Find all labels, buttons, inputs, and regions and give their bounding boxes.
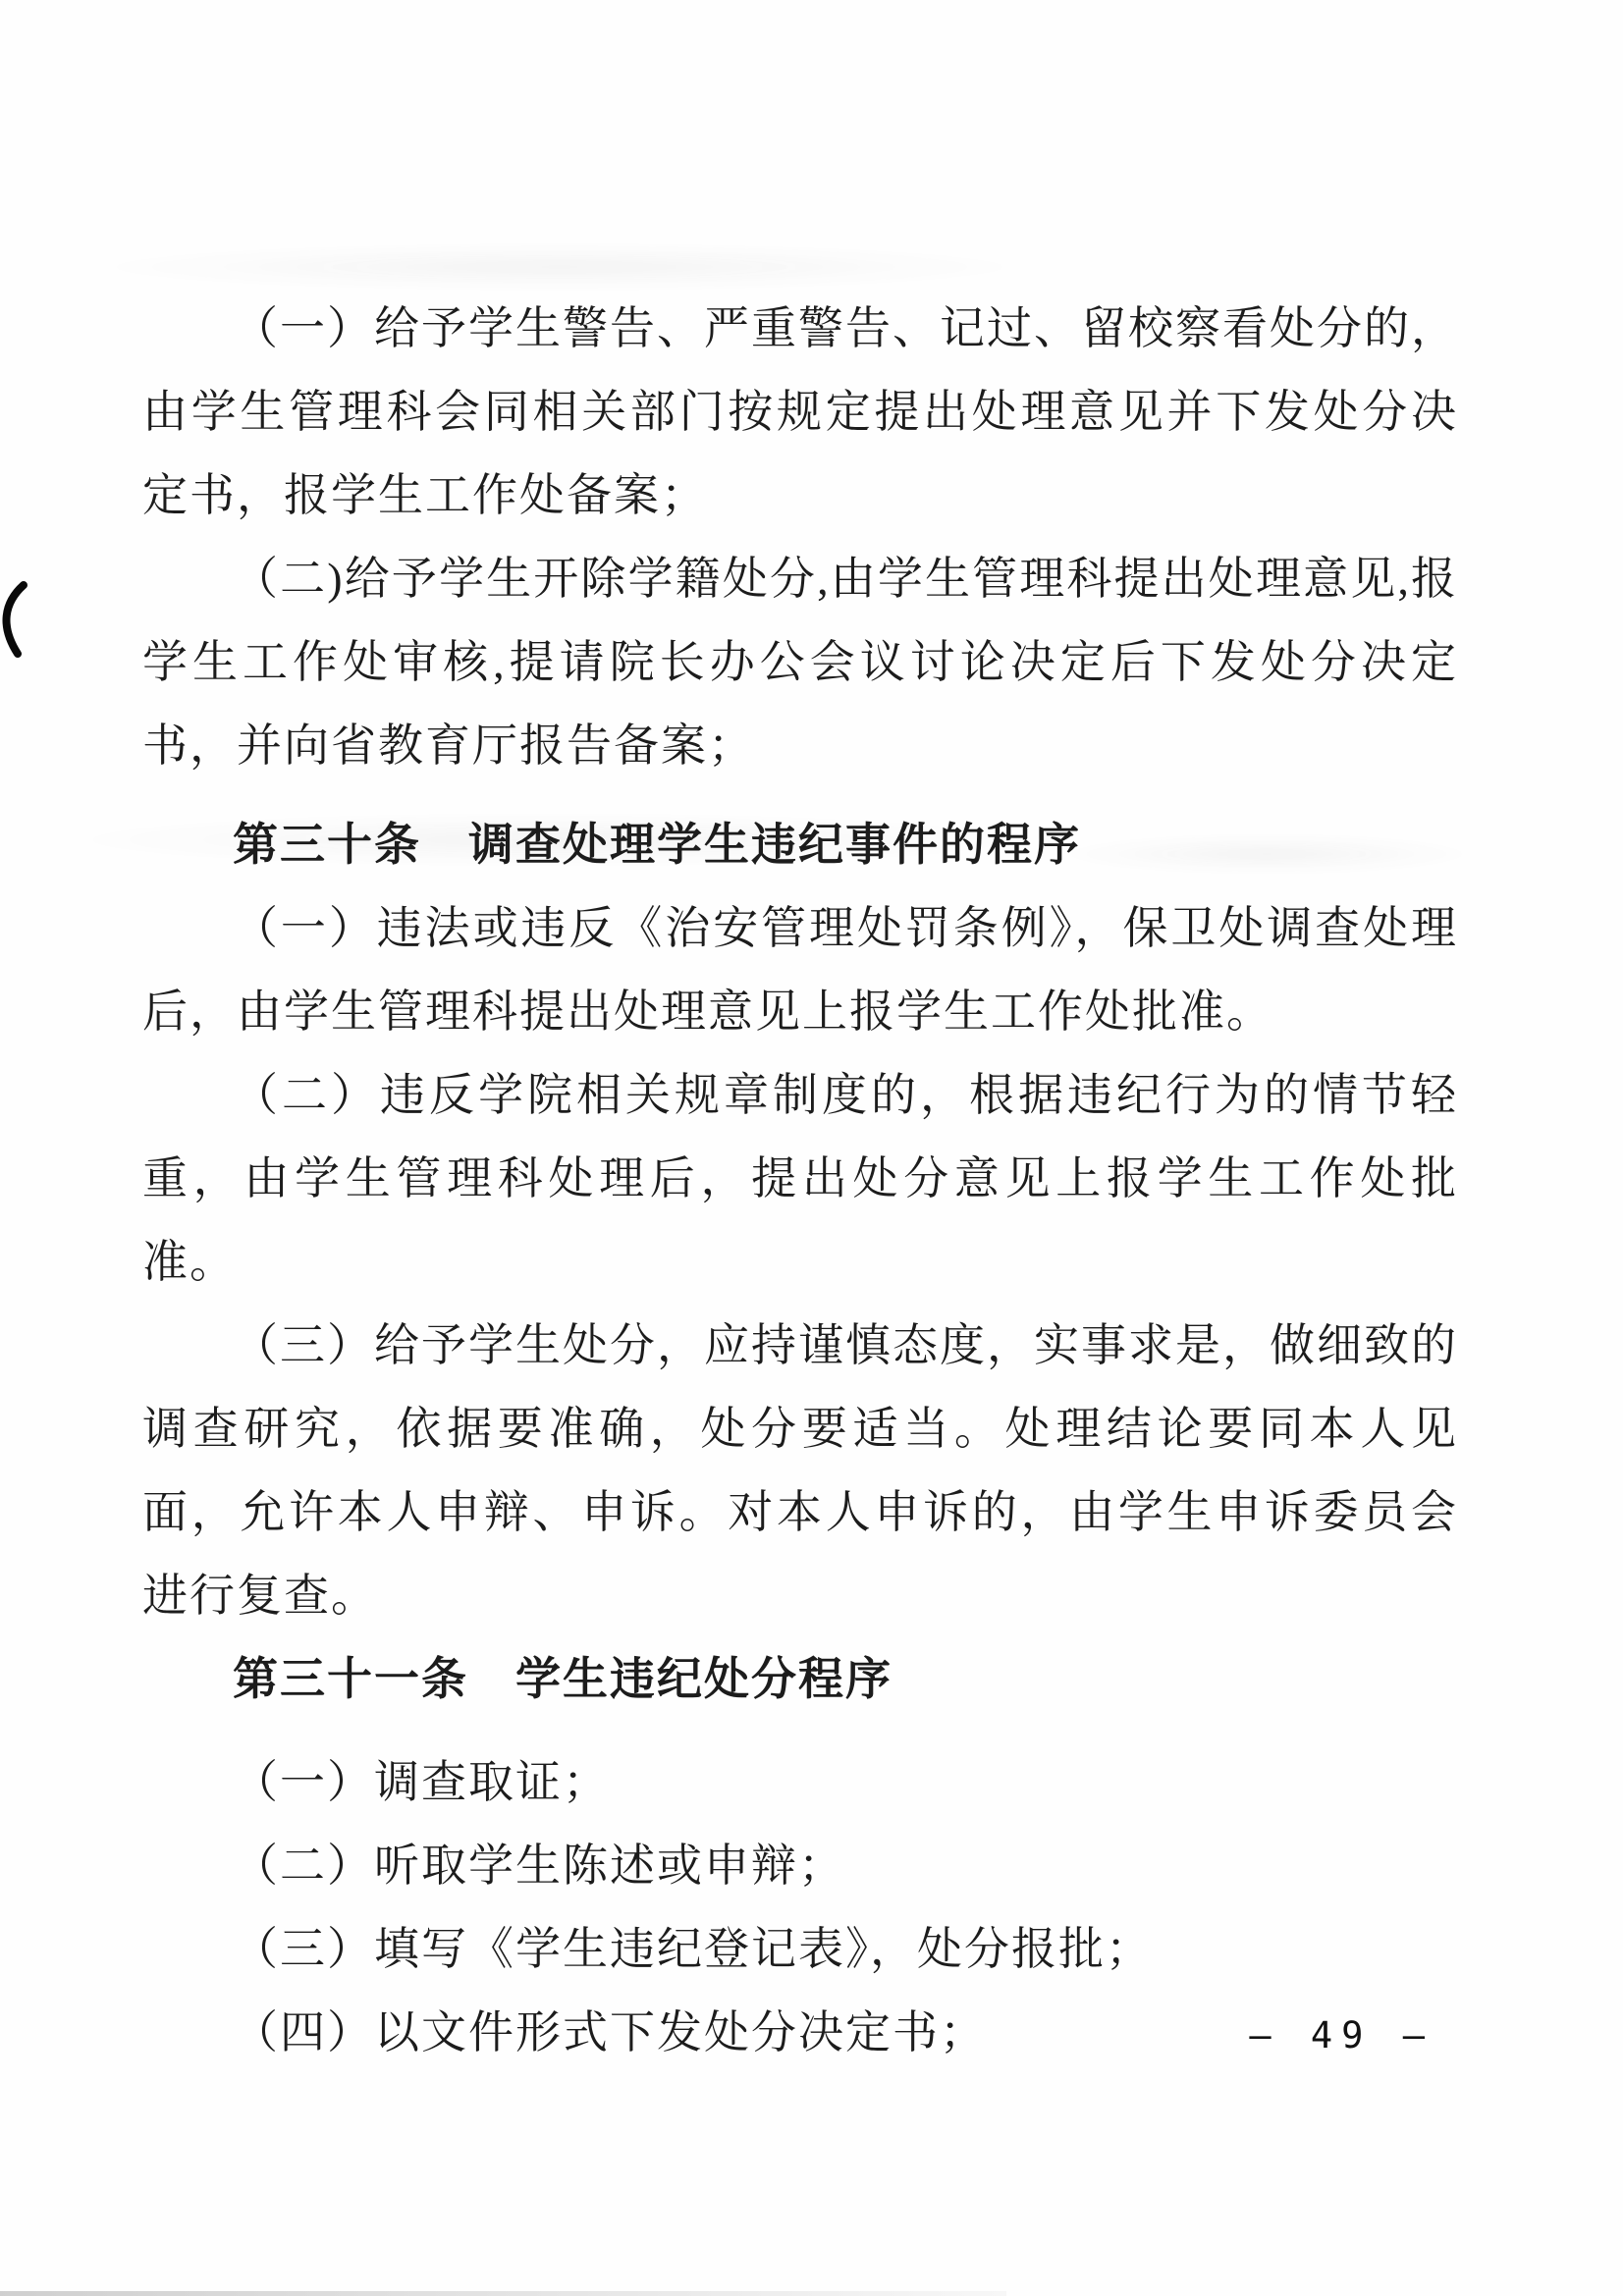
article-heading: 第三十一条 学生违纪处分程序 — [142, 1637, 1458, 1721]
article-heading: 第三十条 调查处理学生违纪事件的程序 — [142, 803, 1458, 886]
clause-paragraph: （二）违反学院相关规章制度的，根据违纪行为的情节轻重，由学生管理科处理后，提出处… — [142, 1053, 1458, 1304]
procedure-step: （一）调查取证； — [142, 1740, 1458, 1824]
clause-paragraph: （二)给予学生开除学籍处分,由学生管理科提出处理意见,报学生工作处审核,提请院长… — [142, 537, 1458, 787]
procedure-step: （二）听取学生陈述或申辩； — [142, 1824, 1458, 1907]
clause-paragraph: （三）给予学生处分，应持谨慎态度，实事求是，做细致的调查研究，依据要准确，处分要… — [142, 1304, 1458, 1637]
clause-paragraph: （一）给予学生警告、严重警告、记过、留校察看处分的，由学生管理科会同相关部门按规… — [142, 287, 1458, 537]
scan-smudge — [93, 243, 1026, 291]
document-body: （一）给予学生警告、严重警告、记过、留校察看处分的，由学生管理科会同相关部门按规… — [142, 287, 1458, 2074]
clause-paragraph: （一）违法或违反《治安管理处罚条例》，保卫处调查处理后，由学生管理科提出处理意见… — [142, 886, 1458, 1053]
procedure-step: （三）填写《学生违纪登记表》，处分报批； — [142, 1907, 1458, 1991]
page-number: – 49 – — [1249, 2014, 1434, 2056]
scan-artifact-mark — [0, 581, 29, 660]
scanned-document-page: （一）给予学生警告、严重警告、记过、留校察看处分的，由学生管理科会同相关部门按规… — [0, 0, 1623, 2296]
scan-bottom-edge — [0, 2291, 1006, 2296]
